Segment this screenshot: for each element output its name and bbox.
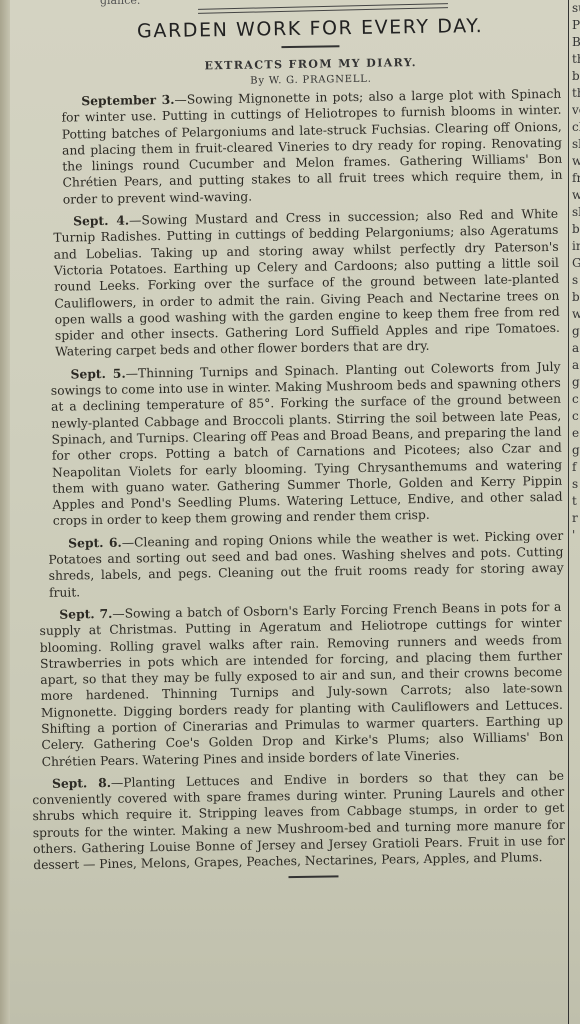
article-end-rule (288, 875, 338, 878)
column-fragment: G (572, 255, 580, 272)
column-fragment: th (572, 85, 580, 102)
diary-entry-sept-4: Sept. 4.—Sowing Mustard and Cress in suc… (53, 206, 560, 361)
column-fragment: a (572, 340, 580, 357)
diary-entry-sept-7: Sept. 7.—Sowing a batch of Osborn's Earl… (39, 599, 563, 770)
entry-date: Sept. 5. (70, 365, 125, 381)
column-fragment: su (572, 0, 580, 17)
column-fragment: ve (572, 102, 580, 119)
column-fragment: in (572, 238, 580, 255)
column-fragment: sh (572, 204, 580, 221)
column-fragment: Po (572, 17, 580, 34)
column-fragment: f (572, 459, 580, 476)
diary-entry-sept-5: Sept. 5.—Thinning Turnips and Spinach. P… (50, 359, 562, 530)
entry-text: —Planting Lettuces and Endive in borders… (32, 769, 565, 873)
entry-text: —Cleaning and roping Onions while the we… (48, 528, 563, 599)
diary-entry-sept-3: September 3.—Sowing Mignonette in pots; … (61, 86, 563, 208)
column-fragment: e (572, 425, 580, 442)
entry-text: —Sowing Mustard and Cress in succession;… (53, 207, 560, 359)
column-fragment: be (572, 68, 580, 85)
column-fragment: w (572, 306, 580, 323)
column-fragment: sh (572, 136, 580, 153)
column-fragment: g (572, 442, 580, 459)
column-fragment: w (572, 187, 580, 204)
column-fragment: ' (572, 527, 580, 544)
entry-date: Sept. 7. (59, 606, 112, 622)
entry-text: —Sowing a batch of Osborn's Early Forcin… (39, 600, 563, 769)
column-fragment: s (572, 476, 580, 493)
column-fragment: s (572, 272, 580, 289)
column-divider (568, 0, 569, 1024)
column-fragment: b (572, 289, 580, 306)
article: GARDEN WORK FOR EVERY DAY. EXTRACTS FROM… (20, 14, 573, 882)
column-fragment: th (572, 51, 580, 68)
column-fragment: r (572, 510, 580, 527)
column-fragment: g (572, 323, 580, 340)
article-title: GARDEN WORK FOR EVERY DAY. (20, 14, 560, 44)
column-fragment: t (572, 493, 580, 510)
newspaper-page: glance. GARDEN WORK FOR EVERY DAY. EXTRA… (0, 0, 580, 1024)
column-fragment: fr (572, 170, 580, 187)
entry-date: Sept. 6. (68, 534, 122, 550)
adjacent-column: suPoBethbethvechshwfrwshbinGsbwgaagccegf… (572, 0, 580, 544)
diary-entry-sept-8: Sept. 8.—Planting Lettuces and Endive in… (32, 768, 565, 874)
column-fragment: w (572, 153, 580, 170)
entry-text: —Thinning Turnips and Spinach. Planting … (51, 360, 563, 529)
column-fragment: Be (572, 34, 580, 51)
column-fragment: c (572, 408, 580, 425)
previous-article-fragment: glance. (100, 0, 140, 7)
page-edge-shadow (0, 0, 10, 1024)
column-fragment: ch (572, 119, 580, 136)
entry-date: Sept. 8. (52, 775, 111, 791)
entry-date: September 3. (81, 92, 174, 108)
column-fragment: a (572, 357, 580, 374)
title-divider (281, 45, 339, 48)
column-fragment: b (572, 221, 580, 238)
entry-date: Sept. 4. (73, 213, 129, 229)
column-fragment: c (572, 391, 580, 408)
column-fragment: g (572, 374, 580, 391)
diary-entry-sept-6: Sept. 6.—Cleaning and roping Onions whil… (48, 527, 564, 600)
